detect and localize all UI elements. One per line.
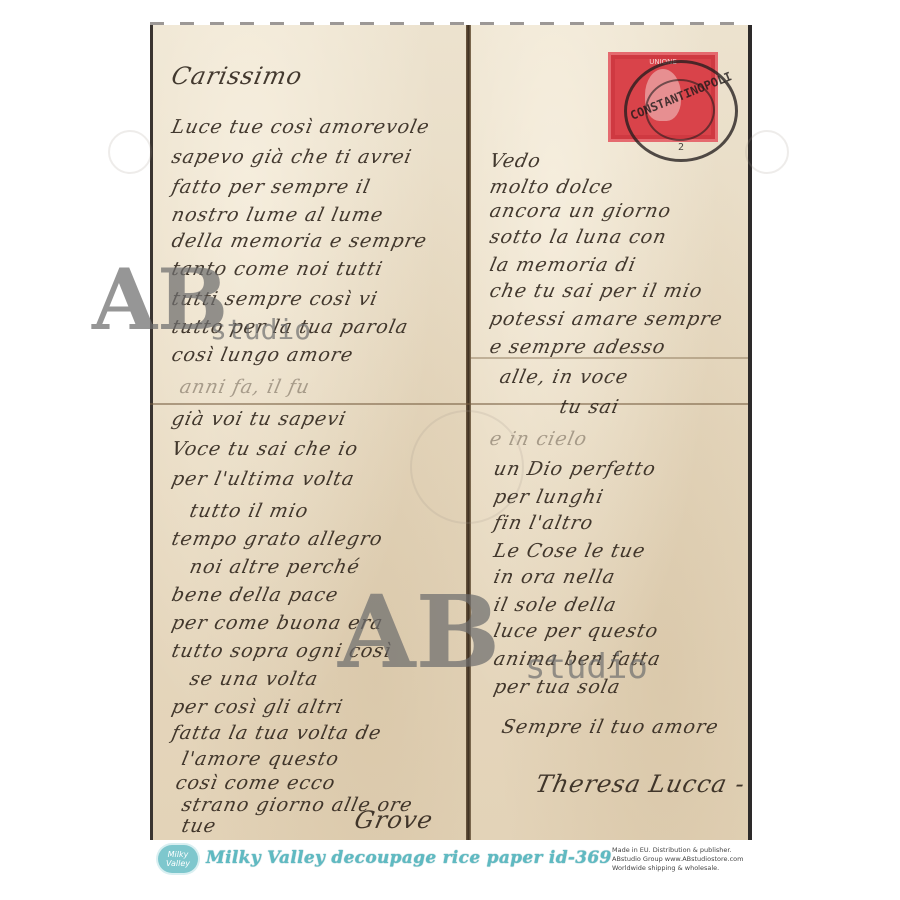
handwriting-line: noi altre perché	[188, 556, 362, 578]
watermark-ghost-circle	[745, 130, 789, 174]
letter-closing: Sempre il tuo amore	[500, 716, 721, 738]
watermark-studio-text: studio	[525, 650, 648, 684]
handwriting-line: la memoria di	[488, 254, 639, 276]
handwriting-line: l'amore questo	[180, 748, 342, 770]
product-footer: Milky Valley Milky Valley decoupage rice…	[150, 842, 750, 878]
watermark-ghost-circle	[108, 130, 152, 174]
right-signature: Theresa Lucca -	[533, 770, 748, 798]
milky-valley-logo-icon: Milky Valley	[158, 845, 198, 873]
handwriting-line: fatto per sempre il	[170, 176, 373, 198]
handwriting-line: della memoria e sempre	[170, 230, 430, 252]
handwriting-line: tu sai	[558, 396, 622, 418]
handwriting-line: molto dolce	[488, 176, 616, 198]
handwriting-line: fin l'altro	[492, 512, 596, 534]
watermark-studio-text: studio	[210, 316, 311, 344]
handwriting-line: per così gli altri	[170, 696, 346, 718]
handwriting-line: Le Cose le tue	[492, 540, 648, 562]
postmark-icon: CONSTANTINOPOLI 2	[624, 60, 738, 162]
watermark-logo-ab: AB	[338, 582, 500, 682]
handwriting-line: bene della pace	[170, 584, 341, 606]
handwriting-line: per l'ultima volta	[170, 468, 357, 490]
handwriting-line: sapevo già che ti avrei	[170, 146, 414, 168]
handwriting-line: in ora nella	[492, 566, 618, 588]
handwriting-line: tempo grato allegro	[170, 528, 385, 550]
handwriting-line: tue	[180, 815, 219, 837]
handwriting-line: sotto la luna con	[488, 226, 669, 248]
handwriting-line: alle, in voce	[498, 366, 631, 388]
handwriting-line: potessi amare sempre	[488, 308, 725, 330]
handwriting-line: Vedo	[488, 150, 544, 172]
handwriting-line: già voi tu sapevi	[170, 408, 349, 430]
handwriting-line: il sole della	[492, 594, 619, 616]
handwriting-line: e sempre adesso	[488, 336, 668, 358]
product-title: Milky Valley decoupage rice paper id-369	[206, 848, 612, 868]
publisher-line: Worldwide shipping & wholesale.	[612, 864, 752, 873]
handwriting-line: luce per questo	[492, 620, 661, 642]
handwriting-line: Luce tue così amorevole	[170, 116, 432, 138]
watermark-logo-ab: AB	[92, 258, 228, 342]
postmark-date: 2	[627, 142, 735, 153]
handwriting-line: ancora un giorno	[488, 200, 674, 222]
publisher-line: ABstudio Group www.ABstudiostore.com	[612, 855, 752, 864]
handwriting-line: nostro lume al lume	[170, 204, 386, 226]
left-signature: Grove	[352, 806, 436, 834]
horizontal-fold-line	[150, 403, 748, 405]
handwriting-line: se una volta	[188, 668, 321, 690]
handwriting-line: Voce tu sai che io	[170, 438, 361, 460]
publisher-info: Made in EU. Distribution & publisher. AB…	[612, 846, 752, 873]
handwriting-line: anni fa, il fu	[178, 376, 313, 398]
handwriting-line: così come ecco	[174, 772, 338, 794]
handwriting-line: che tu sai per il mio	[488, 280, 705, 302]
handwriting-line: fatta la tua volta de	[170, 722, 384, 744]
watermark-ghost-circle	[410, 410, 524, 524]
handwriting-line: tutto il mio	[188, 500, 311, 522]
salutation: Carissimo	[169, 62, 305, 90]
publisher-line: Made in EU. Distribution & publisher.	[612, 846, 752, 855]
